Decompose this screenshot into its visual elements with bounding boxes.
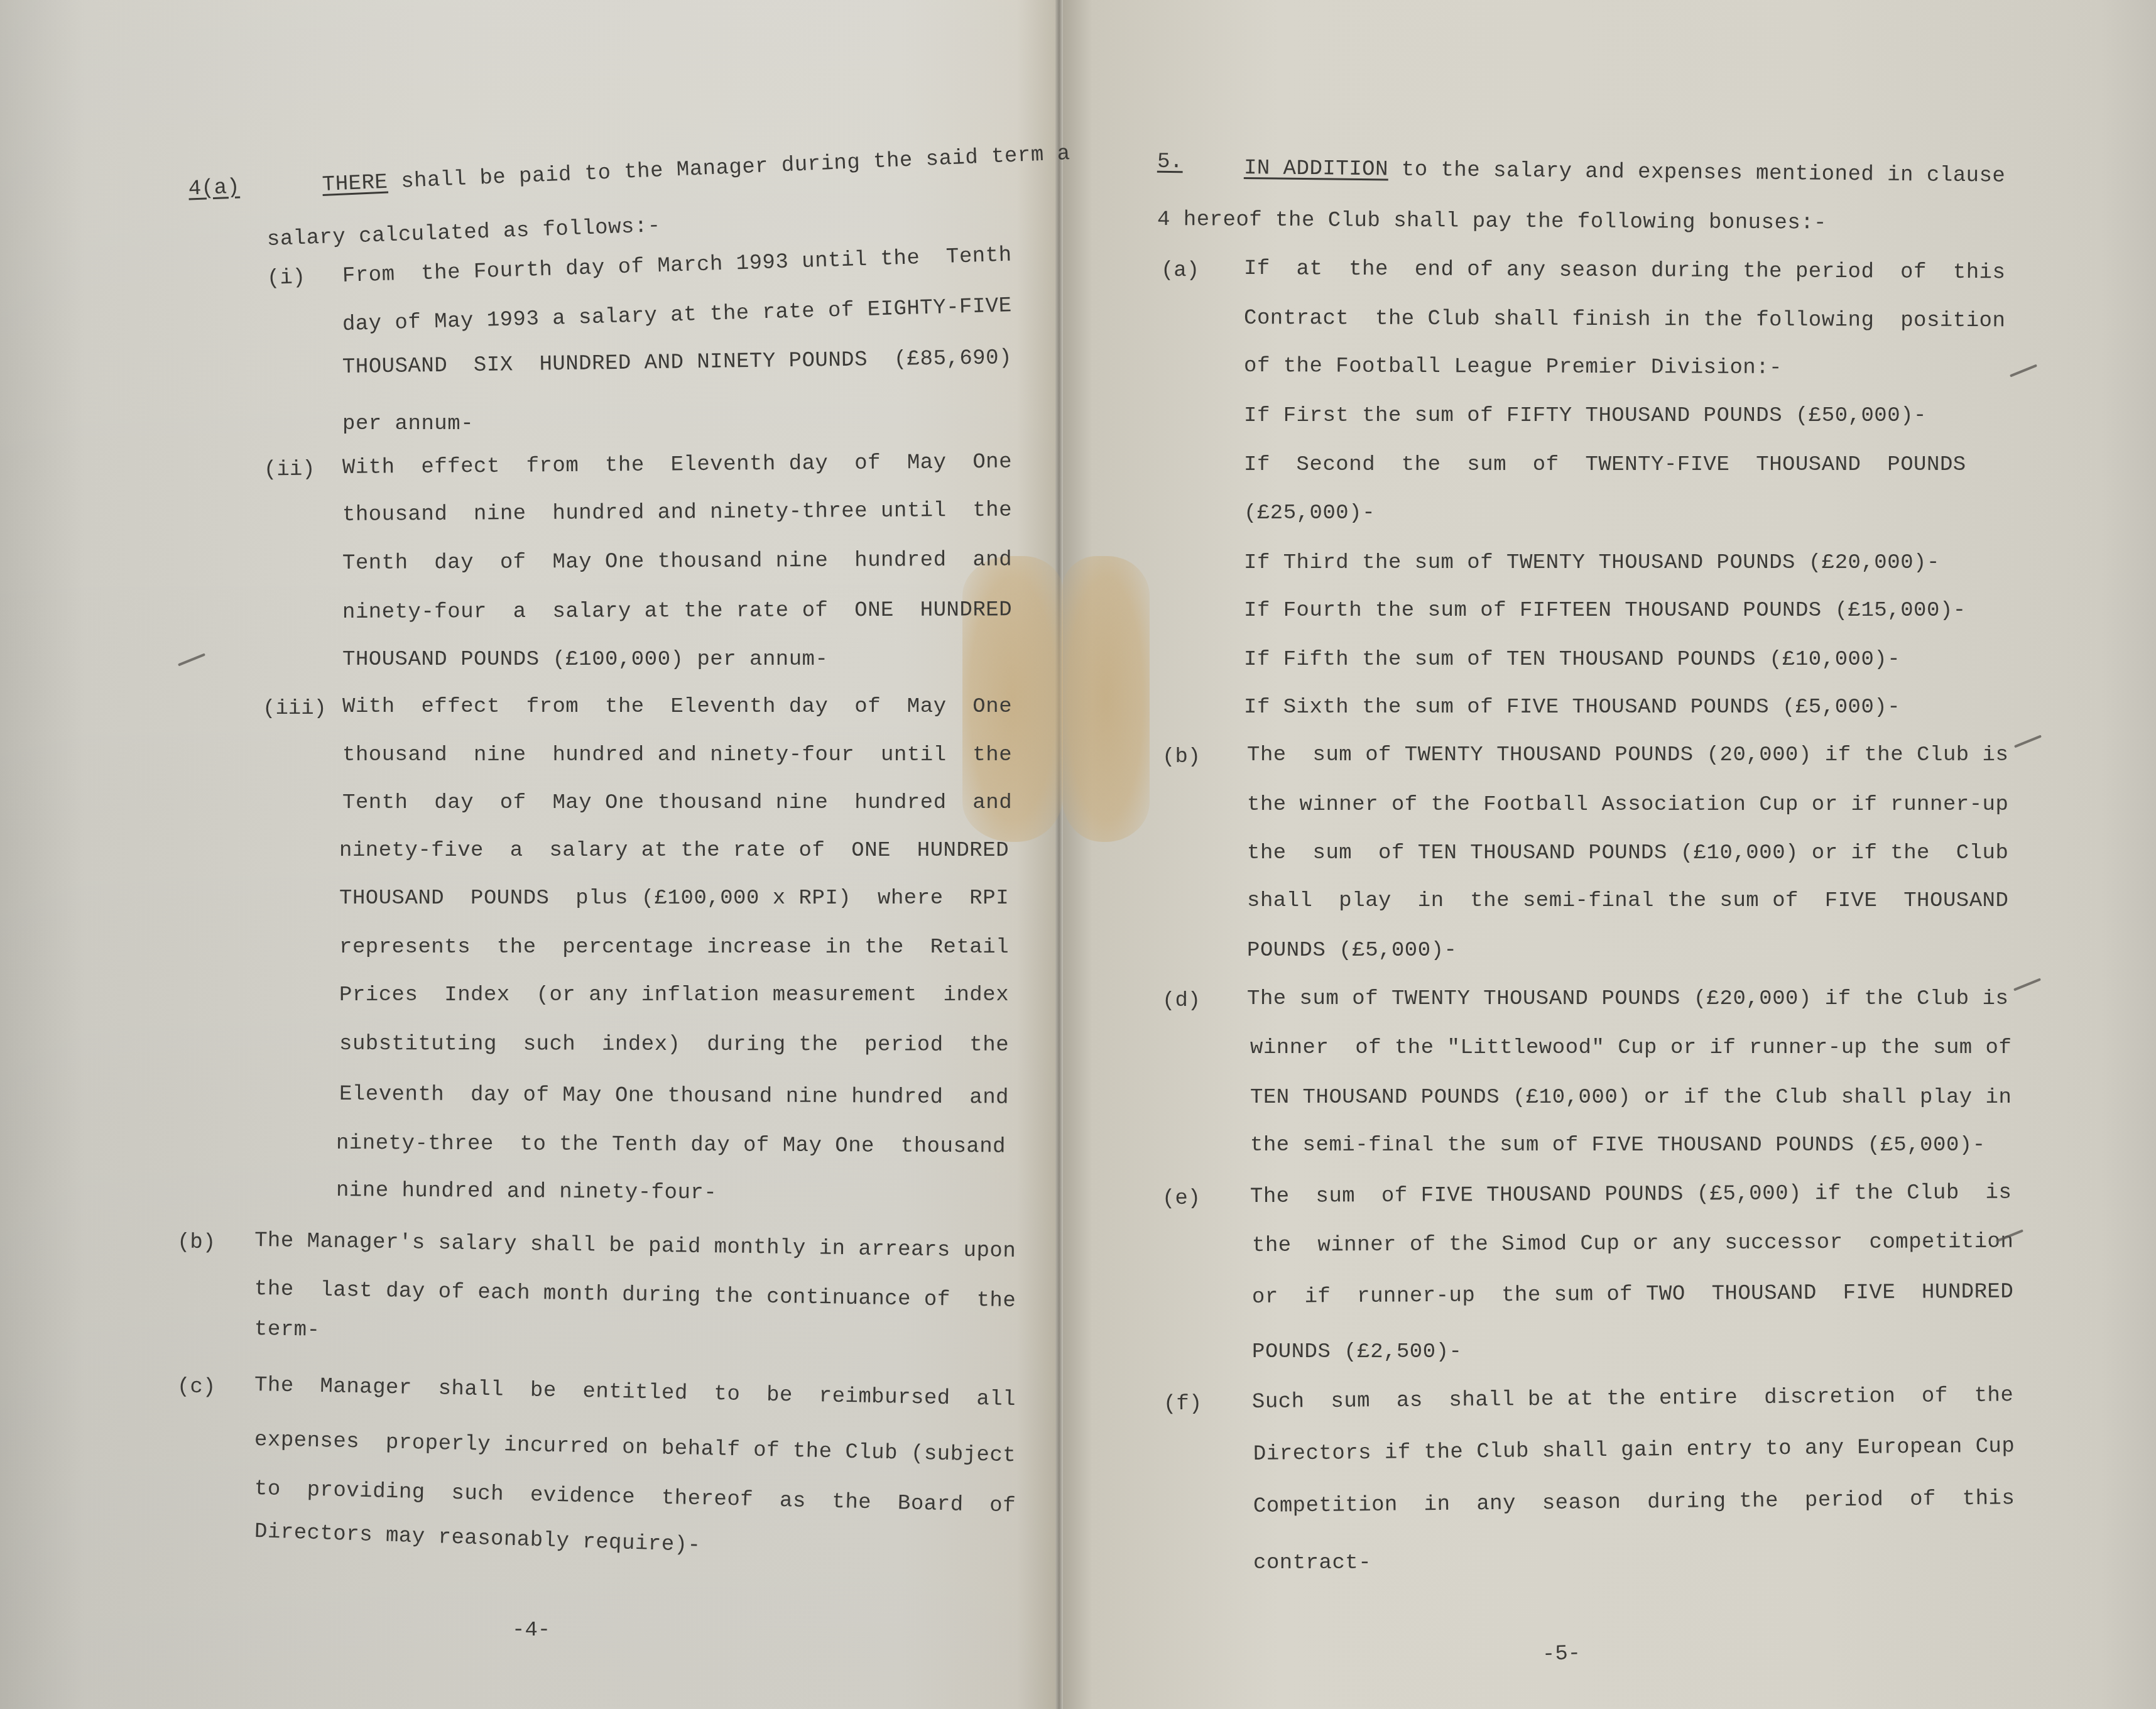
left-page-line: With effect from the Eleventh day of May… bbox=[342, 450, 933, 481]
left-page-line: term- bbox=[254, 1317, 318, 1343]
right-page-line: Contract the Club shall finish in the fo… bbox=[1244, 306, 1941, 334]
right-page-line: 4 hereof the Club shall pay the followin… bbox=[1157, 207, 1924, 236]
coffee-stain-right bbox=[1062, 556, 1150, 842]
book-spine bbox=[1055, 0, 1063, 1709]
left-page-line: ninety-four a salary at the rate of ONE … bbox=[342, 598, 933, 625]
left-page-line: Tenth day of May One thousand nine hundr… bbox=[342, 790, 933, 816]
right-page-line: If Sixth the sum of FIVE THOUSAND POUNDS… bbox=[1244, 695, 1847, 720]
right-page-line: If Second the sum of TWENTY-FIVE THOUSAN… bbox=[1244, 452, 1941, 478]
left-page-line: substituting such index) during the peri… bbox=[339, 1032, 933, 1058]
right-page-item-label: (a) bbox=[1161, 258, 1199, 283]
left-page-line: Eleventh day of May One thousand nine hu… bbox=[339, 1082, 933, 1110]
underlined-lead-word: THERE bbox=[322, 171, 388, 197]
right-page-item-label: (e) bbox=[1162, 1186, 1200, 1211]
left-page-line: ninety-five a salary at the rate of ONE … bbox=[339, 838, 933, 863]
left-page-line: THOUSAND POUNDS plus (£100,000 x RPI) wh… bbox=[339, 886, 933, 911]
left-page-item-label: (i) bbox=[266, 265, 305, 292]
left-page-line: thousand nine hundred and ninety-three u… bbox=[342, 498, 933, 528]
right-page-line: If at the end of any season during the p… bbox=[1244, 256, 1916, 285]
left-page-line: ninety-three to the Tenth day of May One… bbox=[336, 1131, 933, 1159]
right-page-line: shall play in the semi-final the sum of … bbox=[1247, 888, 1947, 914]
right-page-line: POUNDS (£5,000)- bbox=[1247, 938, 1448, 963]
clause-5-label: 5. bbox=[1157, 150, 1183, 175]
left-page-line: per annum- bbox=[342, 412, 455, 437]
clause-4a-label: 4(a) bbox=[188, 175, 240, 202]
left-page-line: With effect from the Eleventh day of May… bbox=[342, 694, 933, 719]
left-page-item-label: (c) bbox=[177, 1374, 216, 1400]
left-page-line: THOUSAND POUNDS (£100,000) per annum- bbox=[342, 647, 757, 672]
underlined-lead-word: IN ADDITION bbox=[1244, 156, 1388, 182]
right-page-line: If Fifth the sum of TEN THOUSAND POUNDS … bbox=[1244, 647, 1847, 672]
right-page-item-label: (b) bbox=[1162, 745, 1200, 770]
left-page-line: Prices Index (or any inflation measureme… bbox=[339, 983, 933, 1008]
right-page-line: the semi-final the sum of FIVE THOUSAND … bbox=[1250, 1133, 1916, 1158]
right-page-line: (£25,000)- bbox=[1244, 501, 1369, 526]
right-page-line: the sum of TEN THOUSAND POUNDS (£10,000)… bbox=[1247, 841, 1947, 866]
left-page-line: Tenth day of May One thousand nine hundr… bbox=[342, 548, 933, 576]
right-page-line: winner of the "Littlewood" Cup or if run… bbox=[1250, 1035, 1951, 1061]
right-page-line: of the Football League Premier Division:… bbox=[1244, 354, 1772, 381]
page-number-4: -4- bbox=[512, 1618, 550, 1643]
left-page-line: nine hundred and ninety-four- bbox=[336, 1178, 669, 1206]
left-page-item-label: (b) bbox=[177, 1230, 216, 1256]
right-page-line: If Fourth the sum of FIFTEEN THOUSAND PO… bbox=[1244, 598, 1910, 623]
right-page-line: or if runner-up the sum of TWO THOUSAND … bbox=[1252, 1280, 1956, 1310]
left-page-line: represents the percentage increase in th… bbox=[339, 935, 933, 960]
right-page-line: The sum of TWENTY THOUSAND POUNDS (20,00… bbox=[1247, 743, 1947, 768]
right-page-item-label: (f) bbox=[1163, 1392, 1202, 1417]
right-page-line: If First the sum of FIFTY THOUSAND POUND… bbox=[1244, 403, 1872, 429]
right-page-line: The sum of FIVE THOUSAND POUNDS (£5,000)… bbox=[1250, 1181, 1954, 1209]
right-page-item-label: (d) bbox=[1162, 988, 1200, 1013]
right-page-line: contract- bbox=[1253, 1551, 1366, 1576]
right-page-line: If Third the sum of TWENTY THOUSAND POUN… bbox=[1244, 550, 1885, 576]
right-page-line: POUNDS (£2,500)- bbox=[1252, 1340, 1447, 1365]
right-page-line: the winner of the Simod Cup or any succe… bbox=[1252, 1230, 1956, 1259]
right-page-line: the winner of the Football Association C… bbox=[1247, 792, 1947, 817]
right-page-line: TEN THOUSAND POUNDS (£10,000) or if the … bbox=[1250, 1085, 1951, 1110]
left-page-line: thousand nine hundred and ninety-four un… bbox=[342, 743, 933, 768]
page-number-5: -5- bbox=[1542, 1641, 1581, 1668]
right-page-line: The sum of TWENTY THOUSAND POUNDS (£20,0… bbox=[1247, 986, 1947, 1012]
left-page-item-label: (iii) bbox=[263, 696, 327, 721]
left-page-item-label: (ii) bbox=[264, 457, 315, 483]
